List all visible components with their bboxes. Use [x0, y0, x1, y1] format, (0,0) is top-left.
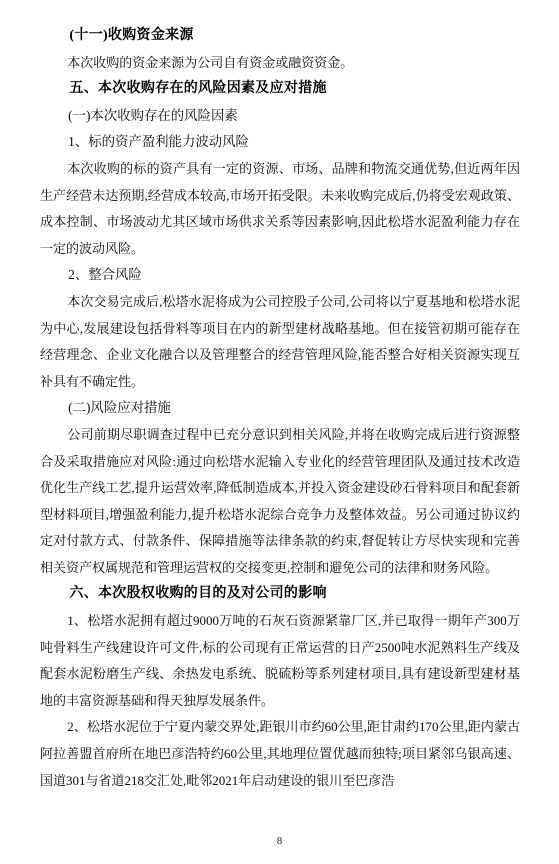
para-purpose-2-location: 2、松塔水泥位于宁夏内蒙交界处,距银川市约60公里,距甘肃约170公里,距内蒙古…	[40, 714, 520, 794]
document-content: (十一)收购资金来源 本次收购的资金来源为公司自有资金或融资资金。 五、本次收购…	[40, 23, 520, 794]
heading-section-5-risks: 五、本次收购存在的风险因素及应对措施	[40, 76, 520, 103]
page-number: 8	[0, 835, 559, 847]
heading-section-6-purpose: 六、本次股权收购的目的及对公司的影响	[40, 581, 520, 608]
para-risk-1-profit-volatility: 本次收购的标的资产具有一定的资源、市场、品牌和物流交通优势,但近两年因生产经营未…	[40, 156, 520, 262]
para-purpose-1-resources: 1、松塔水泥拥有超过9000万吨的石灰石资源紧靠厂区,并已取得一期年产300万吨…	[40, 608, 520, 714]
subheading-risk-response: (二)风险应对措施	[40, 395, 520, 422]
document-page: (十一)收购资金来源 本次收购的资金来源为公司自有资金或融资资金。 五、本次收购…	[0, 0, 559, 864]
subheading-risk-2-integration: 2、整合风险	[40, 262, 520, 289]
para-risk-2-integration: 本次交易完成后,松塔水泥将成为公司控股子公司,公司将以宁夏基地和松塔水泥为中心,…	[40, 289, 520, 395]
para-risk-response: 公司前期尽职调查过程中已充分意识到相关风险,并将在收购完成后进行资源整合及采取措…	[40, 422, 520, 582]
subheading-risk-factors: (一)本次收购存在的风险因素	[40, 103, 520, 130]
heading-funding-source: (十一)收购资金来源	[40, 23, 520, 50]
para-funding-source: 本次收购的资金来源为公司自有资金或融资资金。	[40, 50, 520, 77]
subheading-risk-1-profit-volatility: 1、标的资产盈利能力波动风险	[40, 129, 520, 156]
